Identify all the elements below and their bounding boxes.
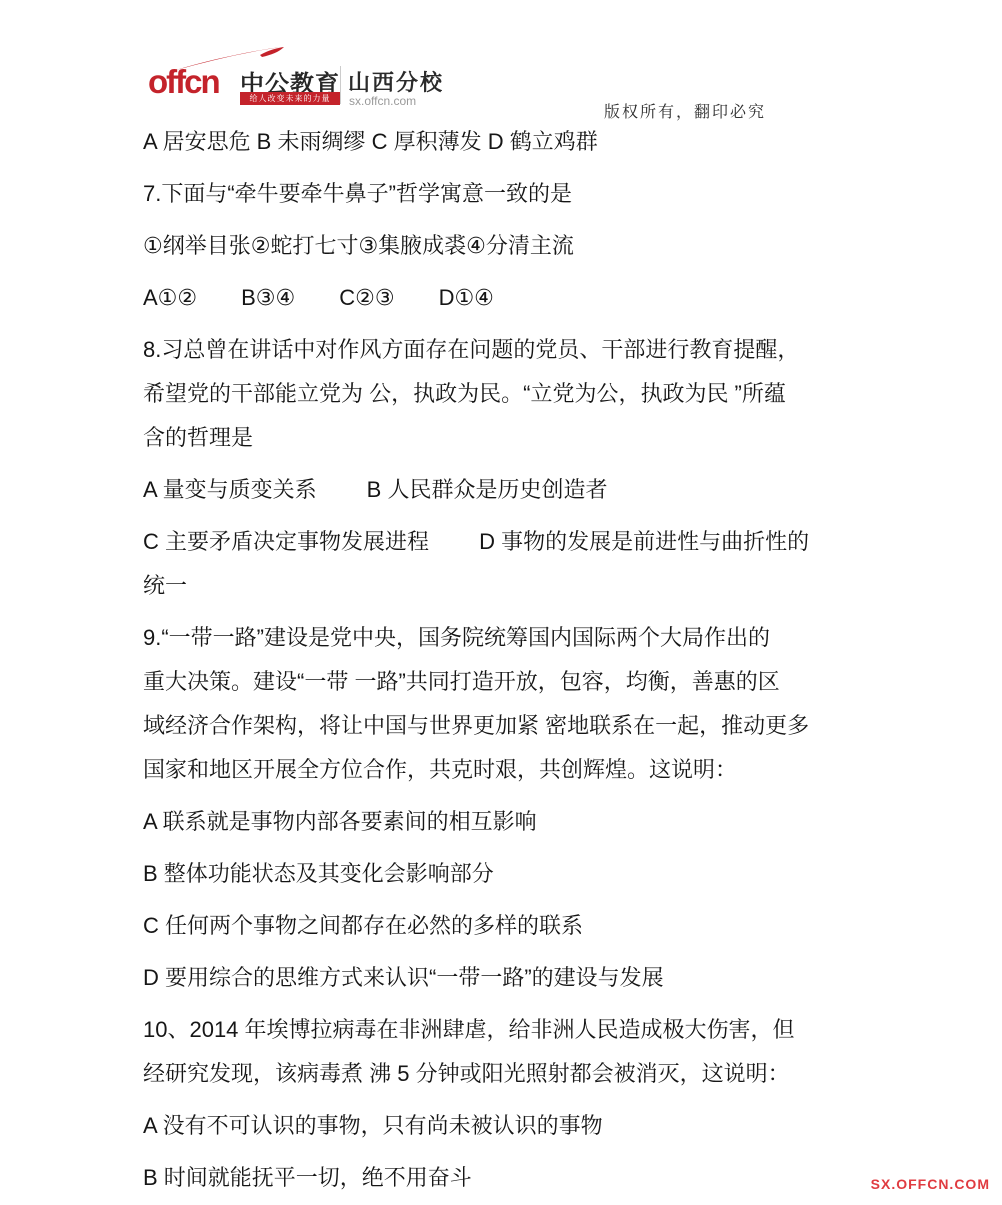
question-9-stem: 9.“一带一路”建设是党中央，国务院统筹国内国际两个大局作出的 重大决策。建设“…	[143, 616, 893, 792]
question-7-items: ①纲举目张②蛇打七寸③集腋成裘④分清主流	[143, 224, 893, 268]
question-9-option-c-line: C 任何两个事物之间都存在必然的多样的联系	[143, 904, 893, 948]
question-10-option-a: A 没有不可认识的事物，只有尚未被认识的事物	[143, 1104, 893, 1148]
question-10-option-b: B 时间就能抚平一切，绝不用奋斗	[143, 1156, 893, 1200]
brand-slogan: 给人改变未来的力量	[240, 92, 340, 105]
question-9-option-c: C 任何两个事物之间都存在必然的多样的联系	[143, 904, 893, 948]
question-10-option-a-line: A 没有不可认识的事物，只有尚未被认识的事物	[143, 1104, 893, 1148]
question-6-options-line: A 居安思危 B 未雨绸缪 C 厚积薄发 D 鹤立鸡群	[143, 120, 893, 164]
question-10-stem-line-1: 10、2014 年埃博拉病毒在非洲肆虐，给非洲人民造成极大伤害，但	[143, 1008, 893, 1052]
copyright-notice: 版权所有，翻印必究	[604, 99, 766, 122]
question-7-stem: 7.下面与“牵牛要牵牛鼻子”哲学寓意一致的是	[143, 172, 893, 216]
question-9-option-d-line: D 要用综合的思维方式来认识“一带一路”的建设与发展	[143, 956, 893, 1000]
question-8-options-ab: A 量变与质变关系 B 人民群众是历史创造者	[143, 468, 893, 512]
question-9-option-a: A 联系就是事物内部各要素间的相互影响	[143, 800, 893, 844]
question-9-stem-line-3: 域经济合作架构，将让中国与世界更加紧 密地联系在一起，推动更多	[143, 704, 893, 748]
question-9-option-a-line: A 联系就是事物内部各要素间的相互影响	[143, 800, 893, 844]
question-10-stem: 10、2014 年埃博拉病毒在非洲肆虐，给非洲人民造成极大伤害，但 经研究发现，…	[143, 1008, 893, 1096]
question-9-option-b: B 整体功能状态及其变化会影响部分	[143, 852, 893, 896]
branch-name: 山西分校	[348, 66, 444, 97]
question-9-option-d: D 要用综合的思维方式来认识“一带一路”的建设与发展	[143, 956, 893, 1000]
logo-divider	[340, 66, 341, 104]
question-8-options-ab-line: A 量变与质变关系 B 人民群众是历史创造者	[143, 468, 893, 512]
question-7-options-line: A①② B③④ C②③ D①④	[143, 276, 893, 320]
question-8-options-cd-line-1: C 主要矛盾决定事物发展进程 D 事物的发展是前进性与曲折性的	[143, 520, 893, 564]
question-6-options: A 居安思危 B 未雨绸缪 C 厚积薄发 D 鹤立鸡群	[143, 120, 893, 164]
question-10-option-b-line: B 时间就能抚平一切，绝不用奋斗	[143, 1156, 893, 1200]
question-8-options-cd-line-2: 统一	[143, 564, 893, 608]
question-9-stem-line-4: 国家和地区开展全方位合作，共克时艰，共创辉煌。这说明：	[143, 748, 893, 792]
question-10-stem-line-2: 经研究发现，该病毒煮 沸 5 分钟或阳光照射都会被消灭，这说明：	[143, 1052, 893, 1096]
question-7-options: A①② B③④ C②③ D①④	[143, 276, 893, 320]
branch-website: sx.offcn.com	[349, 94, 416, 108]
exam-content: A 居安思危 B 未雨绸缪 C 厚积薄发 D 鹤立鸡群 7.下面与“牵牛要牵牛鼻…	[143, 120, 893, 1205]
question-8-stem-line-3: 含的哲理是	[143, 416, 893, 460]
question-7-items-line: ①纲举目张②蛇打七寸③集腋成裘④分清主流	[143, 224, 893, 268]
question-9-option-b-line: B 整体功能状态及其变化会影响部分	[143, 852, 893, 896]
site-watermark: SX.OFFCN.COM	[871, 1176, 990, 1192]
question-9-stem-line-2: 重大决策。建设“一带 一路”共同打造开放，包容，均衡，善惠的区	[143, 660, 893, 704]
offcn-wordmark: offcn	[148, 63, 219, 101]
offcn-logo: offcn 中公教育 给人改变未来的力量 山西分校 sx.offcn.com	[148, 50, 478, 110]
question-8-stem-line-2: 希望党的干部能立党为 公，执政为民。“立党为公，执政为民 ”所蕴	[143, 372, 893, 416]
question-8-options-cd: C 主要矛盾决定事物发展进程 D 事物的发展是前进性与曲折性的 统一	[143, 520, 893, 608]
question-8-stem: 8.习总曾在讲话中对作风方面存在问题的党员、干部进行教育提醒， 希望党的干部能立…	[143, 328, 893, 460]
question-9-stem-line-1: 9.“一带一路”建设是党中央，国务院统筹国内国际两个大局作出的	[143, 616, 893, 660]
question-8-stem-line-1: 8.习总曾在讲话中对作风方面存在问题的党员、干部进行教育提醒，	[143, 328, 893, 372]
question-7-stem-line: 7.下面与“牵牛要牵牛鼻子”哲学寓意一致的是	[143, 172, 893, 216]
